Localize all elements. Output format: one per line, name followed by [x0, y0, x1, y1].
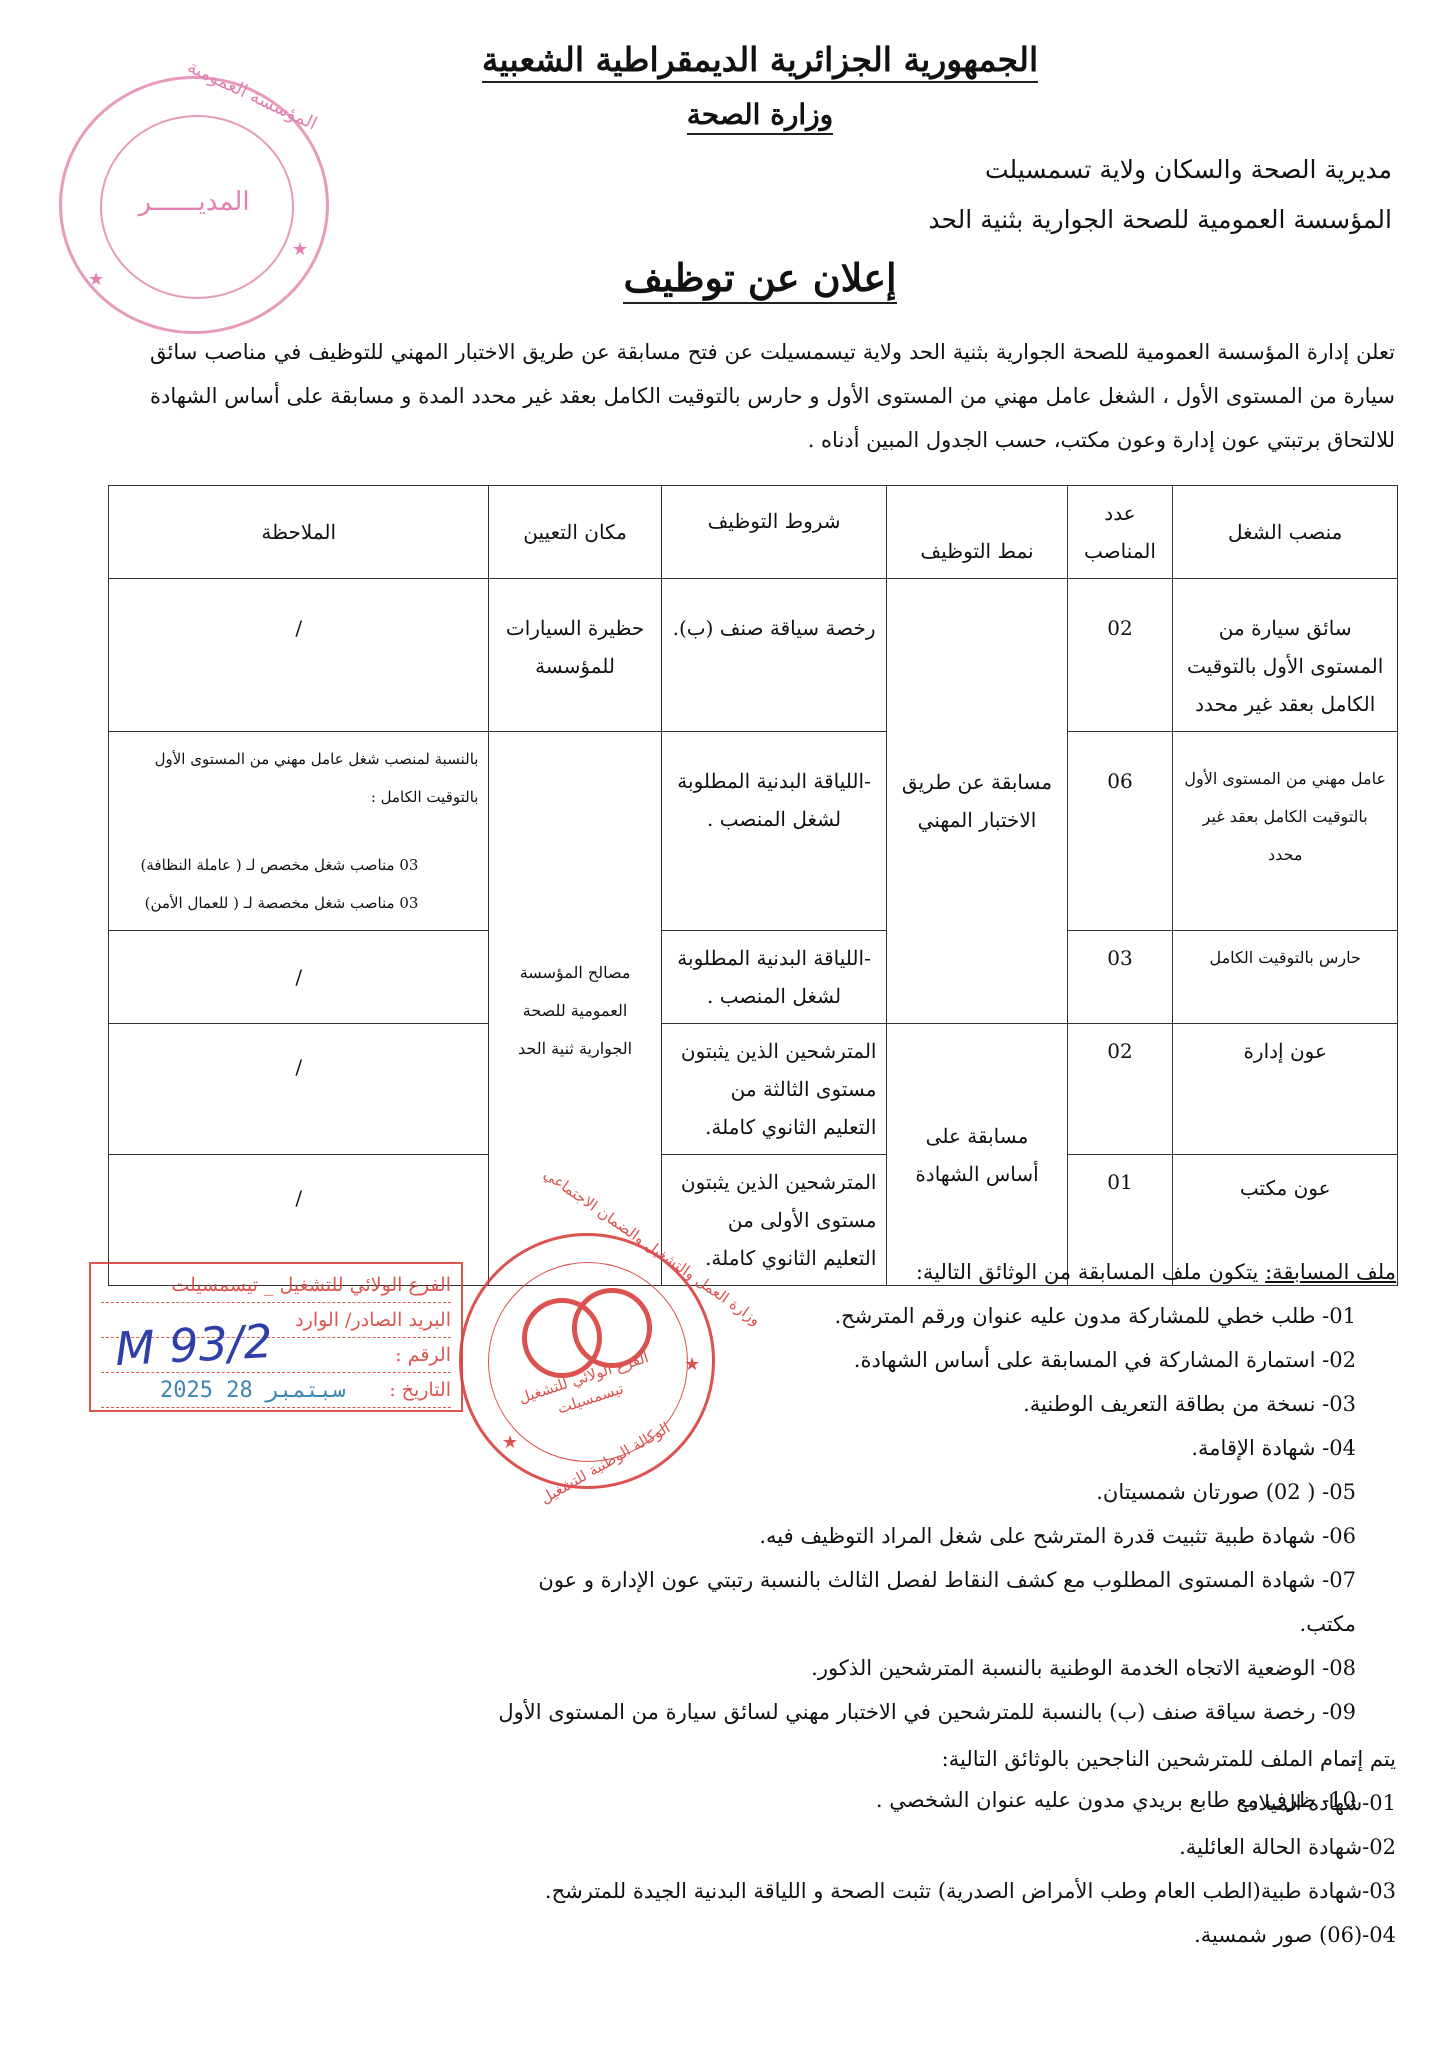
cell-post: سائق سيارة من المستوى الأول بالتوقيت الك… — [1173, 579, 1398, 732]
header-count: عدد المناصب — [1067, 486, 1173, 579]
notes-line-1: 03 مناصب شغل مخصص لـ ( عاملة النظافة) — [119, 846, 478, 884]
cell-count: 02 — [1067, 1024, 1173, 1155]
notes-line-2: 03 مناصب شغل مخصصة لـ ( للعمال الأمن) — [119, 884, 478, 922]
director-stamp: المؤسسة العمومية المديــــــر ★ ★ — [59, 76, 329, 334]
republic-heading: الجمهورية الجزائرية الديمقراطية الشعبية — [480, 40, 1040, 79]
list-item: 06- شهادة طبية تثبيت قدرة المترشح على شغ… — [496, 1514, 1356, 1558]
cell-count: 03 — [1067, 931, 1173, 1024]
cell-mode-professional-test: مسابقة عن طريق الاختبار المهني — [887, 579, 1067, 1024]
cell-count: 02 — [1067, 579, 1173, 732]
cell-notes: / — [109, 579, 489, 732]
cell-post: حارس بالتوقيت الكامل — [1173, 931, 1398, 1024]
intro-paragraph: تعلن إدارة المؤسسة العمومية للصحة الجوار… — [150, 330, 1395, 462]
notes-intro: بالنسبة لمنصب شغل عامل مهني من المستوى ا… — [119, 740, 478, 816]
star-icon: ★ — [88, 269, 104, 290]
table-row: سائق سيارة من المستوى الأول بالتوقيت الك… — [109, 579, 1398, 732]
place-group-text: مصالح المؤسسة العمومية للصحة الجوارية ثن… — [518, 963, 632, 1058]
star-icon: ★ — [292, 239, 308, 260]
cell-post: عون إدارة — [1173, 1024, 1398, 1155]
list-item: 03- نسخة من بطاقة التعريف الوطنية. — [496, 1382, 1356, 1426]
list-item: 04-(06) صور شمسية. — [496, 1913, 1396, 1957]
dossier-intro: يتكون ملف المسابقة من الوثائق التالية: — [916, 1260, 1265, 1284]
table-header-row: منصب الشغل عدد المناصب نمط التوظيف شروط … — [109, 486, 1398, 579]
stamp-label: المديــــــر — [62, 187, 326, 217]
ministry-heading: وزارة الصحة — [620, 98, 900, 131]
list-item: 01- طلب خطي للمشاركة مدون عليه عنوان ورق… — [496, 1294, 1356, 1338]
cell-mode-certificate: مسابقة على أساس الشهادة — [887, 1024, 1067, 1286]
handwritten-registry-number: M 93/2 — [114, 1314, 274, 1376]
jobs-table: منصب الشغل عدد المناصب نمط التوظيف شروط … — [108, 485, 1398, 1286]
header-notes: الملاحظة — [109, 486, 489, 579]
cell-notes-details: بالنسبة لمنصب شغل عامل مهني من المستوى ا… — [109, 732, 489, 931]
cell-conditions: -اللياقة البدنية المطلوبة لشغل المنصب . — [661, 732, 887, 931]
cell-notes: / — [109, 931, 489, 1024]
list-item: 07- شهادة المستوى المطلوب مع كشف النقاط … — [496, 1558, 1356, 1646]
dossier-label: ملف المسابقة: — [1265, 1260, 1396, 1284]
table-row: عامل مهني من المستوى الأول بالتوقيت الكا… — [109, 732, 1398, 931]
list-item: 02- استمارة المشاركة في المسابقة على أسا… — [496, 1338, 1356, 1382]
cell-conditions: -اللياقة البدنية المطلوبة لشغل المنصب . — [661, 931, 887, 1024]
list-item: 05- ( 02) صورتان شمسيتان. — [496, 1470, 1356, 1514]
cell-place: حظيرة السيارات للمؤسسة — [489, 579, 661, 732]
list-item: 02-شهادة الحالة العائلية. — [496, 1825, 1396, 1869]
list-item: 01-شهادة الميلاد. — [496, 1781, 1396, 1825]
cell-conditions: المترشحين الذين يثبتون مستوى الثالثة من … — [661, 1024, 887, 1155]
header-mode: نمط التوظيف — [887, 486, 1067, 579]
institution-line: المؤسسة العمومية للصحة الجوارية بثنية ال… — [928, 205, 1392, 234]
list-item: 03-شهادة طبية(الطب العام وطب الأمراض الص… — [496, 1869, 1396, 1913]
list-item: 04- شهادة الإقامة. — [496, 1426, 1356, 1470]
stamp-line-branch: الفرع الولائي للتشغيل _ تيسمسيلت — [101, 1268, 451, 1303]
header-post: منصب الشغل — [1173, 486, 1398, 579]
completion-intro: يتم إتمام الملف للمترشحين الناجحين بالوث… — [496, 1737, 1396, 1781]
cell-conditions: رخصة سياقة صنف (ب). — [661, 579, 887, 732]
completion-section: يتم إتمام الملف للمترشحين الناجحين بالوث… — [496, 1737, 1396, 1957]
directorate-line: مديرية الصحة والسكان ولاية تسمسيلت — [985, 155, 1392, 184]
cell-notes: / — [109, 1024, 489, 1155]
list-item: 08- الوضعية الاتجاه الخدمة الوطنية بالنس… — [496, 1646, 1356, 1690]
cell-post: عامل مهني من المستوى الأول بالتوقيت الكا… — [1173, 732, 1398, 931]
table-row: حارس بالتوقيت الكامل 03 -اللياقة البدنية… — [109, 931, 1398, 1024]
cell-count: 06 — [1067, 732, 1173, 931]
table-row: عون إدارة 02 مسابقة على أساس الشهادة الم… — [109, 1024, 1398, 1155]
announcement-title: إعلان عن توظيف — [560, 255, 960, 300]
stamped-date: 2025 سبتمبر 28 — [160, 1378, 345, 1403]
header-place: مكان التعيين — [489, 486, 661, 579]
header-conditions: شروط التوظيف — [661, 486, 887, 579]
dossier-heading: ملف المسابقة: يتكون ملف المسابقة من الوث… — [496, 1250, 1396, 1294]
